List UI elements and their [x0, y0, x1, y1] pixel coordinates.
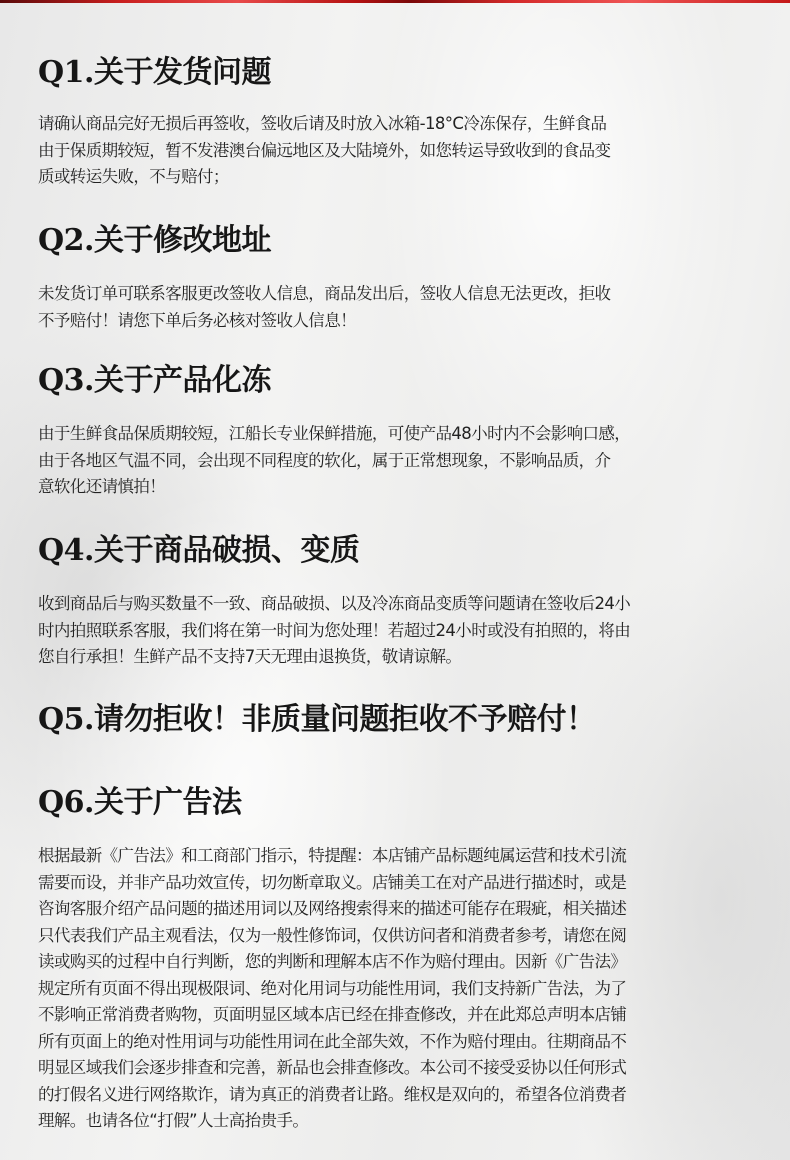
top-decorative-band: [0, 0, 790, 3]
faq-title: Q3.关于产品化冻: [38, 363, 758, 399]
faq-body-line: 明显区域我们会逐步排查和完善，新品也会排查修改。本公司不接受妥协以任何形式: [38, 1055, 758, 1082]
faq-title: Q4.关于商品破损、变质: [38, 533, 758, 569]
faq-body-line: 意软化还请慎拍！: [38, 474, 758, 501]
faq-body: 请确认商品完好无损后再签收，签收后请及时放入冰箱-18°C冷冻保存，生鲜食品 由…: [38, 111, 758, 191]
faq-body: 根据最新《广告法》和工商部门指示，特提醒：本店铺产品标题纯属运营和技术引流 需要…: [38, 843, 758, 1135]
faq-body-line: 由于保质期较短，暂不发港澳台偏远地区及大陆境外，如您转运导致收到的食品变: [38, 138, 758, 165]
faq-body: 由于生鲜食品保质期较短，江船长专业保鲜措施，可使产品48小时内不会影响口感， 由…: [38, 421, 758, 501]
faq-body-line: 您自行承担！生鲜产品不支持7天无理由退换货，敬请谅解。: [38, 644, 758, 671]
faq-section-shipping: Q1.关于发货问题 请确认商品完好无损后再签收，签收后请及时放入冰箱-18°C冷…: [38, 55, 758, 191]
faq-body-line: 理解。也请各位“打假”人士高抬贵手。: [38, 1108, 758, 1135]
faq-body-line: 不予赔付！请您下单后务必核对签收人信息！: [38, 308, 758, 335]
faq-body-line: 由于各地区气温不同，会出现不同程度的软化，属于正常想现象，不影响品质，介: [38, 448, 758, 475]
faq-body-line: 需要而设，并非产品功效宣传，切勿断章取义。店铺美工在对产品进行描述时，或是: [38, 870, 758, 897]
faq-body-line: 请确认商品完好无损后再签收，签收后请及时放入冰箱-18°C冷冻保存，生鲜食品: [38, 111, 758, 138]
faq-section-no-refusal: Q5.请勿拒收！非质量问题拒收不予赔付！: [38, 702, 758, 738]
faq-body-line: 时内拍照联系客服，我们将在第一时间为您处理！若超过24小时或没有拍照的，将由: [38, 618, 758, 645]
faq-body: 收到商品后与购买数量不一致、商品破损、以及冷冻商品变质等问题请在签收后24小 时…: [38, 591, 758, 671]
faq-title: Q1.关于发货问题: [38, 55, 758, 91]
faq-body-line: 读或购买的过程中自行判断，您的判断和理解本店不作为赔付理由。因新《广告法》: [38, 949, 758, 976]
faq-body-line: 咨询客服介绍产品问题的描述用词以及网络搜索得来的描述可能存在瑕疵，相关描述: [38, 896, 758, 923]
faq-title: Q5.请勿拒收！非质量问题拒收不予赔付！: [38, 702, 758, 738]
faq-body-line: 只代表我们产品主观看法，仅为一般性修饰词，仅供访问者和消费者参考，请您在阅: [38, 923, 758, 950]
faq-body-line: 所有页面上的绝对性用词与功能性用词在此全部失效，不作为赔付理由。往期商品不: [38, 1029, 758, 1056]
faq-section-thawing: Q3.关于产品化冻 由于生鲜食品保质期较短，江船长专业保鲜措施，可使产品48小时…: [38, 363, 758, 501]
faq-body-line: 根据最新《广告法》和工商部门指示，特提醒：本店铺产品标题纯属运营和技术引流: [38, 843, 758, 870]
faq-section-change-address: Q2.关于修改地址 未发货订单可联系客服更改签收人信息，商品发出后，签收人信息无…: [38, 223, 758, 334]
faq-body-line: 的打假名义进行网络欺诈，请为真正的消费者让路。维权是双向的，希望各位消费者: [38, 1082, 758, 1109]
faq-body-line: 未发货订单可联系客服更改签收人信息，商品发出后，签收人信息无法更改，拒收: [38, 281, 758, 308]
faq-body-line: 质或转运失败，不与赔付；: [38, 164, 758, 191]
faq-section-damage: Q4.关于商品破损、变质 收到商品后与购买数量不一致、商品破损、以及冷冻商品变质…: [38, 533, 758, 671]
faq-body: 未发货订单可联系客服更改签收人信息，商品发出后，签收人信息无法更改，拒收 不予赔…: [38, 281, 758, 334]
faq-body-line: 规定所有页面不得出现极限词、绝对化用词与功能性用词，我们支持新广告法，为了: [38, 976, 758, 1003]
faq-body-line: 不影响正常消费者购物，页面明显区域本店已经在排查修改，并在此郑总声明本店铺: [38, 1002, 758, 1029]
faq-title: Q6.关于广告法: [38, 785, 758, 821]
faq-body-line: 收到商品后与购买数量不一致、商品破损、以及冷冻商品变质等问题请在签收后24小: [38, 591, 758, 618]
faq-body-line: 由于生鲜食品保质期较短，江船长专业保鲜措施，可使产品48小时内不会影响口感，: [38, 421, 758, 448]
faq-section-advertising-law: Q6.关于广告法 根据最新《广告法》和工商部门指示，特提醒：本店铺产品标题纯属运…: [38, 785, 758, 1135]
faq-title: Q2.关于修改地址: [38, 223, 758, 259]
